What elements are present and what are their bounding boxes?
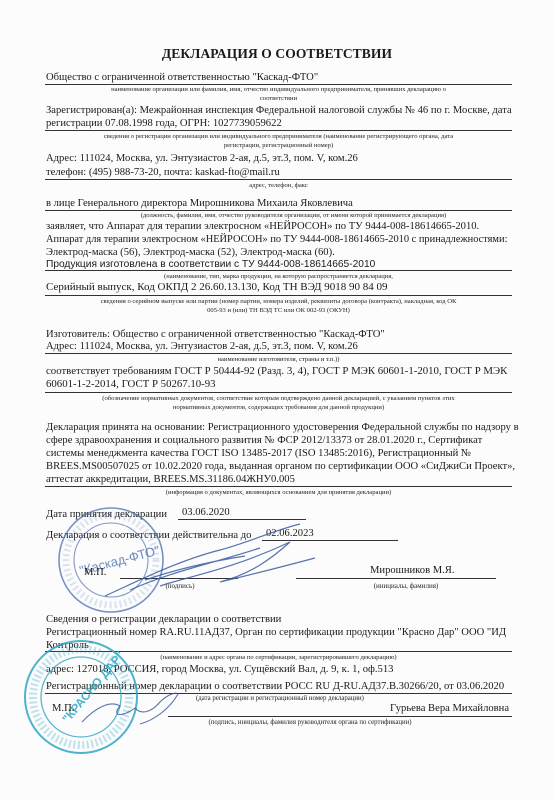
divider — [45, 84, 512, 85]
caption-line: нормативных документов, содержащих требо… — [45, 404, 512, 413]
applicant-name-caption: наименование организации или фамилия, им… — [45, 86, 512, 103]
divider — [45, 486, 512, 487]
standards-line-2: 60601-1-2-2014, ГОСТ Р 50267.10-93 — [46, 378, 216, 391]
serial-info: Серийный выпуск, Код ОКПД 2 26.60.13.130… — [46, 281, 387, 294]
mp-label-2: М.П. — [52, 702, 74, 715]
signature-image — [100, 520, 330, 600]
certification-head-caption: (подпись, инициалы, фамилия руководителя… — [160, 719, 460, 728]
caption-line: сведения о регистрации организации или и… — [45, 133, 512, 142]
representative: в лице Генерального директора Мирошников… — [46, 197, 353, 210]
basis-line-2: сфере здравоохранения и социального разв… — [46, 434, 482, 447]
serial-caption: сведения о серийном выпуске или партии (… — [45, 298, 512, 315]
name-underline — [296, 578, 496, 579]
signatory-name-caption: (инициалы, фамилия) — [356, 582, 456, 591]
caption-line: (обозначение нормативных документов, соо… — [45, 395, 512, 404]
applicant-address: Адрес: 111024, Москва, ул. Энтузиастов 2… — [46, 152, 358, 165]
registration-line-2: регистрации 07.08.1998 года, ОГРН: 10277… — [46, 117, 282, 130]
basis-line-1: Декларация принята на основании: Регистр… — [46, 421, 519, 434]
divider — [45, 295, 512, 296]
registration-heading: Сведения о регистрации декларации о соот… — [46, 613, 281, 626]
divider — [45, 130, 512, 131]
accepted-date-value: 03.06.2020 — [182, 506, 230, 519]
standards-caption: (обозначение нормативных документов, соо… — [45, 395, 512, 412]
registration-caption: сведения о регистрации организации или и… — [45, 133, 512, 150]
standards-line-1: соответствует требованиям ГОСТ Р 50444-9… — [46, 365, 507, 378]
document-title: ДЕКЛАРАЦИЯ О СООТВЕТСТВИИ — [0, 46, 554, 62]
divider — [45, 179, 512, 180]
caption-line: регистрации, регистрационный номер) — [45, 142, 512, 151]
registration-line-1: Зарегистрирован(а): Межрайонная инспекци… — [46, 104, 512, 117]
divider — [45, 210, 512, 211]
caption-line: сведения о серийном выпуске или партии (… — [45, 298, 512, 307]
signatory-name: Мирошников М.Я. — [370, 564, 455, 577]
certification-head-name: Гурьева Вера Михайловна — [390, 702, 509, 715]
basis-line-3: системы менеджмента качества ГОСТ ISO 13… — [46, 447, 471, 460]
caption-line: соответствии — [45, 95, 512, 104]
divider — [45, 353, 512, 354]
product-line-1: заявляет, что Аппарат для терапии электр… — [46, 220, 479, 233]
signature-scribble-icon — [100, 520, 330, 600]
caption-line: наименование организации или фамилия, им… — [45, 86, 512, 95]
applicant-contacts: телефон: (495) 988-73-20, почта: kaskad-… — [46, 166, 280, 179]
divider — [45, 270, 512, 271]
contacts-caption: адрес, телефон, факс — [45, 182, 512, 191]
basis-line-4: BREES.MS00507025 от 10.02.2020 года, выд… — [46, 460, 515, 473]
product-line-2: Аппарат для терапии электросном «НЕЙРОСО… — [46, 233, 507, 246]
caption-line: 005-93 и (или) ТН ВЭД ТС или ОК 002-93 (… — [45, 307, 512, 316]
divider — [45, 392, 512, 393]
reg-number-caption: (дата регистрации и регистрационный номе… — [160, 695, 400, 704]
manufacturer-caption: наименование изготовителя, страны и т.п.… — [45, 356, 512, 365]
basis-caption: (информация о документах, являющихся осн… — [45, 489, 512, 498]
basis-line-5: аттестат аккредитации, BREES.MS.31186.04… — [46, 473, 295, 486]
head-name-underline — [168, 716, 512, 717]
manufacturer-address: Адрес: 111024, Москва, ул. Энтузиастов 2… — [46, 340, 358, 353]
applicant-name: Общество с ограниченной ответственностью… — [46, 71, 318, 84]
